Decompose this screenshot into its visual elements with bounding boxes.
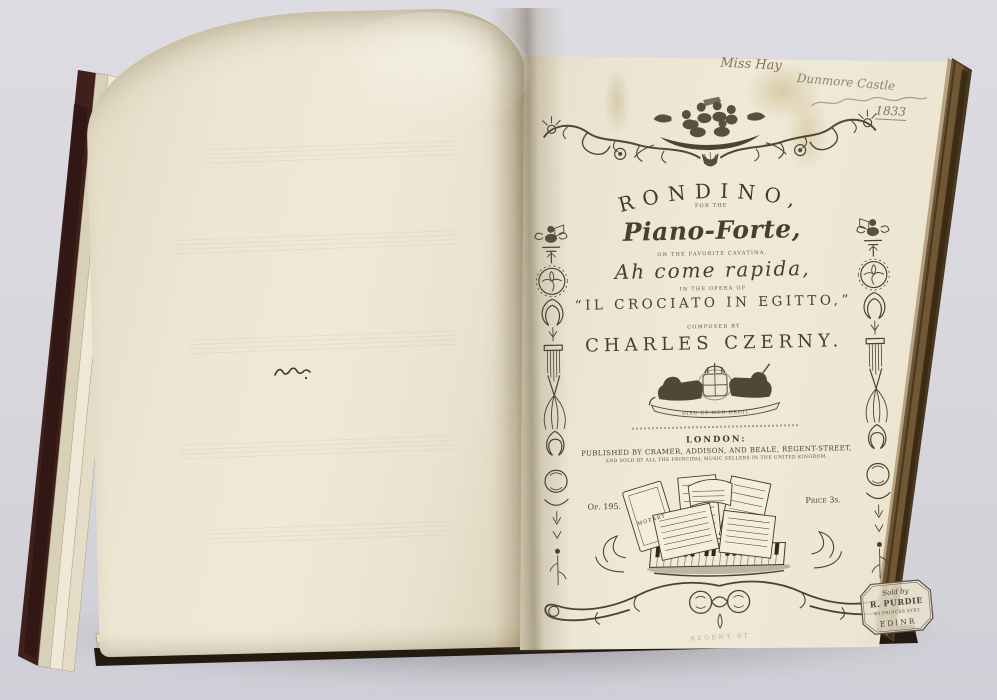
page-title: RONDINO,: [615, 177, 806, 217]
bookseller-ticket: Sold by R. PURDIE 83 PRINCES STRT EDINR: [857, 577, 936, 637]
ink-squiggle: [272, 360, 314, 384]
engraver-credit-line: [632, 424, 800, 430]
royal-arms-vignette: DIEU ET MON DROIT: [645, 356, 786, 423]
cavatina-title: Ah come rapida,: [512, 256, 912, 284]
putti-group: [653, 96, 766, 138]
handwriting-place: Dunmore Castle: [796, 71, 895, 93]
photo-antique-book: Miss Hay Dunmore Castle 1833: [0, 0, 997, 700]
composer-name: CHARLES CZERNY.: [514, 331, 914, 357]
title-page-content: Miss Hay Dunmore Castle 1833: [508, 44, 921, 656]
page-curl-highlight: [330, 12, 530, 132]
svg-text:RONDINO,: RONDINO,: [615, 177, 806, 217]
handwriting-owner-name: Miss Hay: [720, 56, 782, 74]
sheet-music-keyboard-vignette: MOZART: [592, 471, 844, 584]
bottom-scroll-border: [537, 570, 902, 636]
opera-title: “IL CROCIATO IN EGITTO,”: [513, 293, 913, 315]
